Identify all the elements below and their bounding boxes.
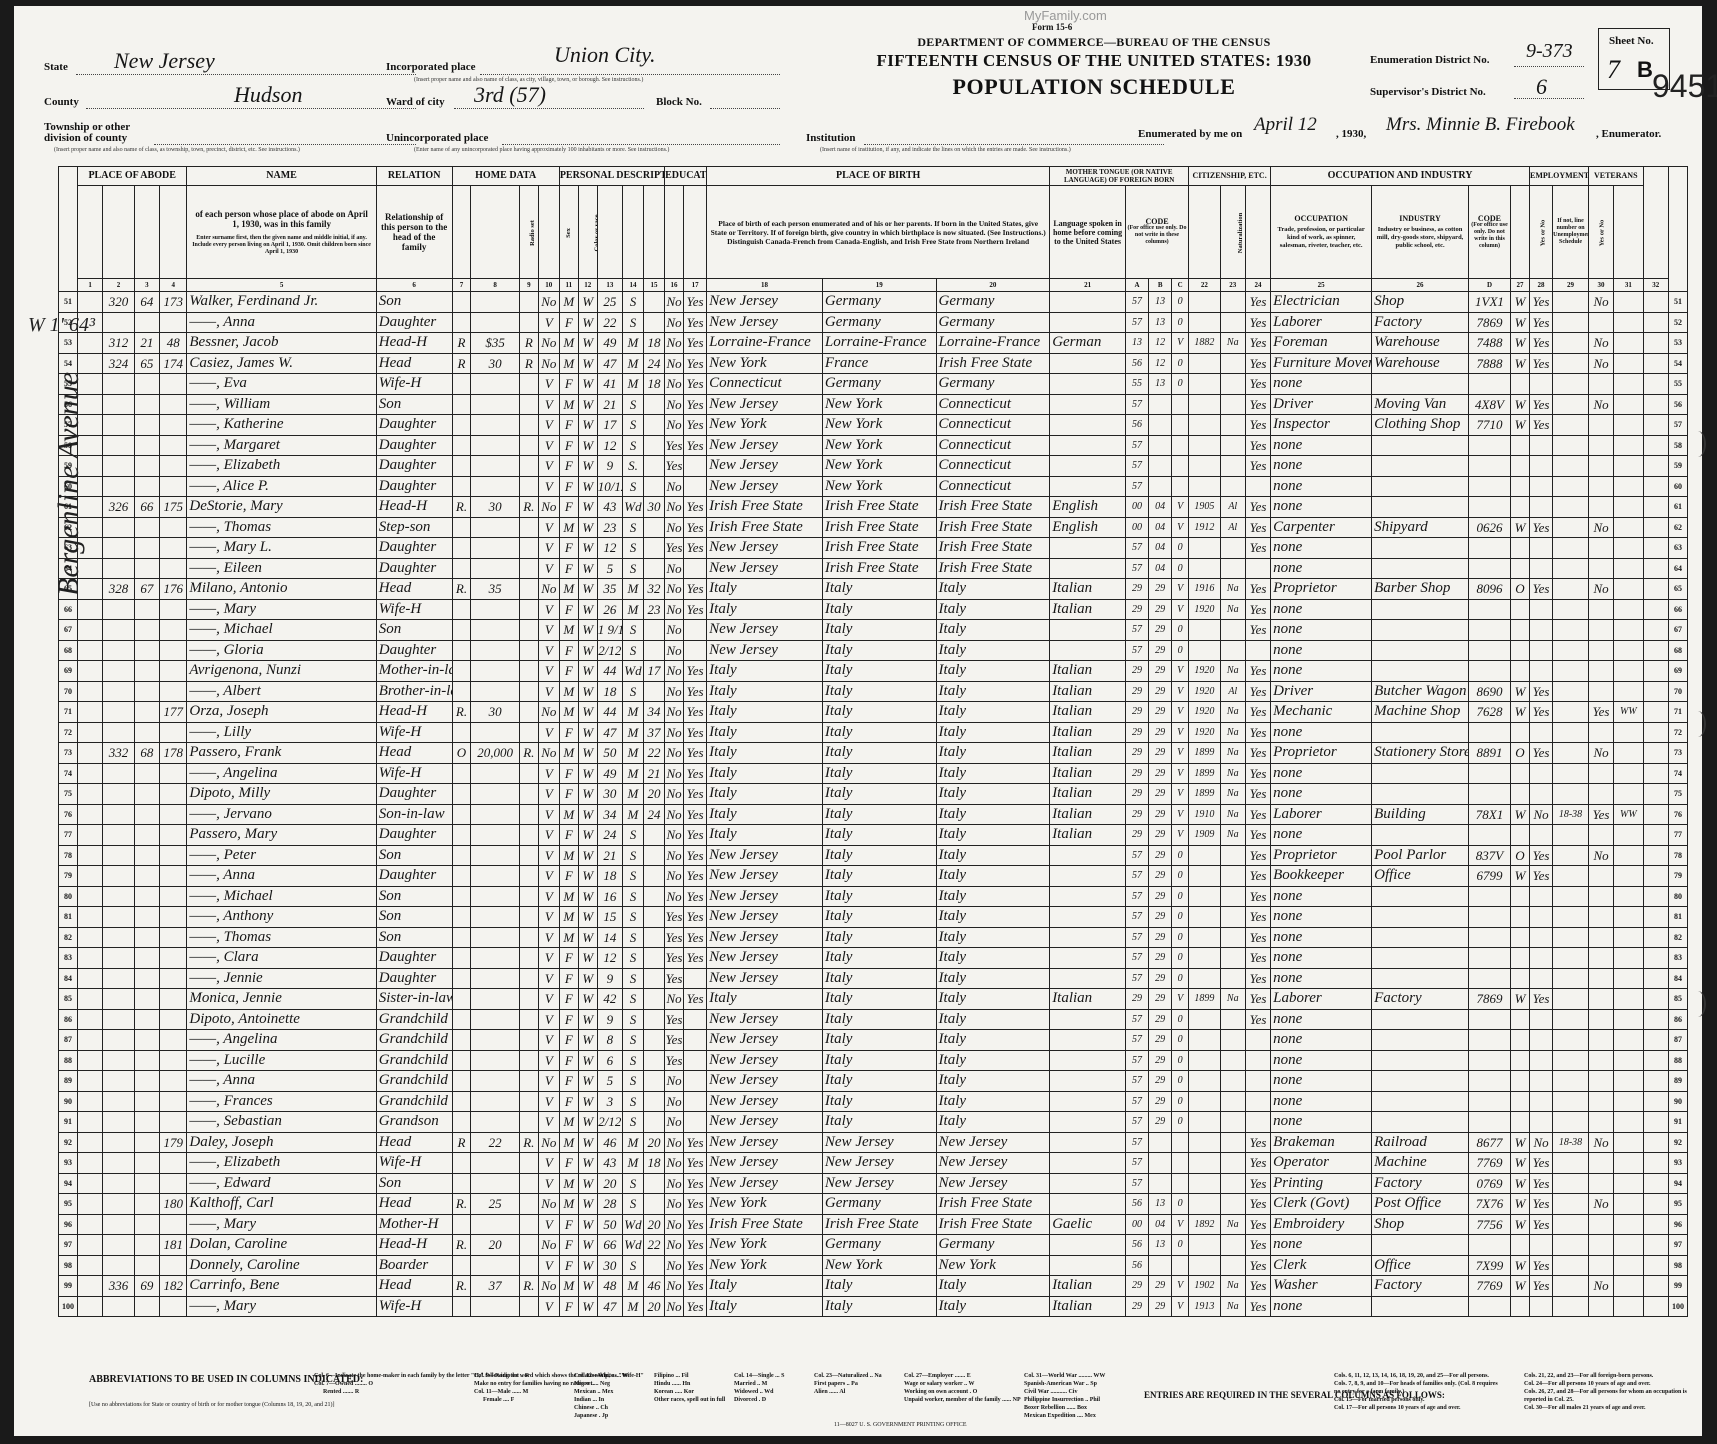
cell-unemp bbox=[1553, 640, 1589, 661]
cell-b: 13 bbox=[1149, 374, 1172, 395]
cell-radio bbox=[519, 312, 538, 333]
cell-relation: Wife-H bbox=[376, 763, 452, 784]
cell-birth: New Jersey bbox=[707, 907, 823, 928]
cell-marital: M bbox=[622, 784, 643, 805]
cell-war bbox=[1614, 1255, 1643, 1276]
cell-a: 29 bbox=[1125, 825, 1148, 846]
cell-farm: V bbox=[538, 415, 559, 436]
cell-street bbox=[77, 1214, 102, 1235]
cell-value bbox=[471, 886, 519, 907]
cell-immig bbox=[1189, 1132, 1221, 1153]
table-row: 98Donnely, CarolineBoarderVFW30SNoYesNew… bbox=[59, 1255, 1688, 1276]
cell-father: New Jersey bbox=[822, 1132, 936, 1153]
cell-radio bbox=[519, 804, 538, 825]
cell-farm-sched bbox=[1643, 599, 1668, 620]
cell-race: W bbox=[578, 845, 597, 866]
cell-sex: M bbox=[559, 743, 578, 764]
enumerated-label: Enumerated by me on bbox=[1138, 128, 1242, 140]
cell-marital: S bbox=[622, 681, 643, 702]
cell-read: Yes bbox=[684, 579, 707, 600]
cell-race: W bbox=[578, 538, 597, 559]
cell-sex: F bbox=[559, 497, 578, 518]
cell-code bbox=[1468, 1009, 1510, 1030]
cell-street bbox=[77, 374, 102, 395]
cell-street bbox=[77, 640, 102, 661]
cell-line: 86 bbox=[1668, 1009, 1687, 1030]
cell-unemp bbox=[1553, 415, 1589, 436]
cell-unemp bbox=[1553, 1194, 1589, 1215]
cell-nat bbox=[1220, 1030, 1245, 1051]
cell-house bbox=[103, 886, 135, 907]
cell-code bbox=[1468, 456, 1510, 477]
cell-value bbox=[471, 1091, 519, 1112]
cell-relation: Wife-H bbox=[376, 722, 452, 743]
cell-dwelling bbox=[134, 1173, 159, 1194]
cell-radio bbox=[519, 620, 538, 641]
cell-read: Yes bbox=[684, 415, 707, 436]
cell-street bbox=[77, 722, 102, 743]
cell-radio bbox=[519, 1112, 538, 1133]
cell-relation: Wife-H bbox=[376, 599, 452, 620]
cell-b: 29 bbox=[1149, 784, 1172, 805]
cell-code: 1VX1 bbox=[1468, 292, 1510, 313]
cell-immig: 1899 bbox=[1189, 989, 1221, 1010]
cell-relation: Son bbox=[376, 927, 452, 948]
cell-line: 72 bbox=[59, 722, 78, 743]
cell-house: 332 bbox=[103, 743, 135, 764]
cell-sex: F bbox=[559, 312, 578, 333]
cell-farm-sched bbox=[1643, 1173, 1668, 1194]
cell-relation: Daughter bbox=[376, 640, 452, 661]
cell-race: W bbox=[578, 968, 597, 989]
cell-relation: Head-H bbox=[376, 497, 452, 518]
cell-school: No bbox=[665, 1255, 684, 1276]
cell-farm-sched bbox=[1643, 394, 1668, 415]
cell-immig bbox=[1189, 1091, 1221, 1112]
group-citizenship: CITIZENSHIP, ETC. bbox=[1189, 167, 1271, 186]
col-veteran-war: What war or expedition bbox=[1614, 186, 1643, 279]
column-number: 12 bbox=[578, 279, 597, 292]
cell-mother: Italy bbox=[936, 1091, 1050, 1112]
cell-father: Italy bbox=[822, 661, 936, 682]
cell-unemp: 18-38 bbox=[1553, 804, 1589, 825]
cell-owned: R bbox=[452, 353, 471, 374]
cell-code: 0626 bbox=[1468, 517, 1510, 538]
cell-emp bbox=[1529, 886, 1552, 907]
cell-immig bbox=[1189, 640, 1221, 661]
cell-mother: Germany bbox=[936, 374, 1050, 395]
cell-immig: 1916 bbox=[1189, 579, 1221, 600]
cell-nat: Na bbox=[1220, 702, 1245, 723]
institution-note: (Insert name of institution, if any, and… bbox=[820, 147, 1071, 153]
cell-industry bbox=[1372, 784, 1469, 805]
cell-owned: R bbox=[452, 1132, 471, 1153]
col-naturalization: Naturalization bbox=[1220, 186, 1245, 279]
cell-class: W bbox=[1511, 353, 1530, 374]
cell-age: 20 bbox=[597, 1173, 622, 1194]
cell-value bbox=[471, 681, 519, 702]
cell-radio bbox=[519, 435, 538, 456]
cell-tongue bbox=[1050, 1050, 1126, 1071]
cell-vet bbox=[1588, 1214, 1613, 1235]
cell-emp: Yes bbox=[1529, 866, 1552, 887]
cell-a: 56 bbox=[1125, 353, 1148, 374]
cell-unemp bbox=[1553, 538, 1589, 559]
cell-school: No bbox=[665, 1276, 684, 1297]
cell-line: 68 bbox=[59, 640, 78, 661]
cell-a: 57 bbox=[1125, 1132, 1148, 1153]
table-row: 89——, AnnaGrandchildVFW5SNoNew JerseyIta… bbox=[59, 1071, 1688, 1092]
cell-class bbox=[1511, 948, 1530, 969]
abbr-col31: Col. 31—World War ......... WW Spanish-A… bbox=[1024, 1372, 1105, 1420]
cell-war bbox=[1614, 558, 1643, 579]
cell-class: W bbox=[1511, 1132, 1530, 1153]
cell-name: Passero, Frank bbox=[187, 743, 376, 764]
cell-read: Yes bbox=[684, 866, 707, 887]
cell-sex: M bbox=[559, 517, 578, 538]
ward-value: 3rd (57) bbox=[474, 82, 546, 108]
cell-unemp bbox=[1553, 1276, 1589, 1297]
ed-label: Enumeration District No. bbox=[1370, 54, 1489, 66]
column-number: 14 bbox=[622, 279, 643, 292]
cell-unemp bbox=[1553, 435, 1589, 456]
cell-eng: Yes bbox=[1245, 804, 1270, 825]
cell-b: 13 bbox=[1149, 312, 1172, 333]
cell-b: 29 bbox=[1149, 1050, 1172, 1071]
cell-sex: F bbox=[559, 415, 578, 436]
column-number: 19 bbox=[822, 279, 936, 292]
cell-mother: Connecticut bbox=[936, 415, 1050, 436]
cell-c: V bbox=[1172, 722, 1189, 743]
cell-sex: F bbox=[559, 1235, 578, 1256]
cell-c: V bbox=[1172, 517, 1189, 538]
cell-immig bbox=[1189, 1009, 1221, 1030]
cell-emp: Yes bbox=[1529, 1173, 1552, 1194]
cell-nat: Na bbox=[1220, 661, 1245, 682]
cell-immig bbox=[1189, 1030, 1221, 1051]
cell-occupation: Clerk bbox=[1271, 1255, 1372, 1276]
cell-dwelling bbox=[134, 476, 159, 497]
cell-industry bbox=[1372, 968, 1469, 989]
cell-street bbox=[77, 743, 102, 764]
abbr-col12b: Filipino ... Fil Hindu ...... Hn Korean … bbox=[654, 1372, 725, 1404]
cell-street bbox=[77, 989, 102, 1010]
cell-age-marriage: 30 bbox=[643, 497, 664, 518]
cell-line: 56 bbox=[59, 394, 78, 415]
cell-owned bbox=[452, 866, 471, 887]
cell-relation: Son bbox=[376, 1173, 452, 1194]
cell-house bbox=[103, 1050, 135, 1071]
cell-code: 7628 bbox=[1468, 702, 1510, 723]
cell-house bbox=[103, 1255, 135, 1276]
cell-age-marriage bbox=[643, 558, 664, 579]
cell-mother: New York bbox=[936, 1255, 1050, 1276]
cell-mother: Italy bbox=[936, 907, 1050, 928]
cell-school: No bbox=[665, 517, 684, 538]
cell-tongue: Italian bbox=[1050, 661, 1126, 682]
cell-eng: Yes bbox=[1245, 394, 1270, 415]
cell-house bbox=[103, 558, 135, 579]
table-row: 7333268178Passero, FrankHeadO20,000R.NoM… bbox=[59, 743, 1688, 764]
cell-b: 29 bbox=[1149, 1296, 1172, 1317]
cell-tongue bbox=[1050, 886, 1126, 907]
cell-line: 98 bbox=[1668, 1255, 1687, 1276]
cell-house bbox=[103, 948, 135, 969]
cell-line: 81 bbox=[1668, 907, 1687, 928]
cell-value bbox=[471, 620, 519, 641]
cell-relation: Step-son bbox=[376, 517, 452, 538]
cell-owned bbox=[452, 435, 471, 456]
cell-line: 88 bbox=[59, 1050, 78, 1071]
cell-age: 23 bbox=[597, 517, 622, 538]
cell-tongue bbox=[1050, 845, 1126, 866]
cell-farm: V bbox=[538, 681, 559, 702]
cell-tongue bbox=[1050, 866, 1126, 887]
cell-sex: M bbox=[559, 845, 578, 866]
cell-farm: V bbox=[538, 825, 559, 846]
cell-nat: Al bbox=[1220, 497, 1245, 518]
cell-street bbox=[77, 1276, 102, 1297]
cell-immig bbox=[1189, 1153, 1221, 1174]
cell-occupation: none bbox=[1271, 1112, 1372, 1133]
cell-industry: Post Office bbox=[1372, 1194, 1469, 1215]
cell-street bbox=[77, 886, 102, 907]
cell-industry: Office bbox=[1372, 1255, 1469, 1276]
cell-read bbox=[684, 640, 707, 661]
cell-race: W bbox=[578, 1071, 597, 1092]
cell-nat: Al bbox=[1220, 681, 1245, 702]
cell-age: 50 bbox=[597, 743, 622, 764]
cell-read: Yes bbox=[684, 1194, 707, 1215]
cell-c bbox=[1172, 456, 1189, 477]
cell-occupation: Carpenter bbox=[1271, 517, 1372, 538]
table-row: 9933669182Carrinfo, BeneHeadR.37R.NoMW48… bbox=[59, 1276, 1688, 1297]
institution-line bbox=[864, 144, 1164, 145]
cell-unemp bbox=[1553, 1009, 1589, 1030]
cell-race: W bbox=[578, 1091, 597, 1112]
cell-line: 67 bbox=[1668, 620, 1687, 641]
cell-unemp bbox=[1553, 456, 1589, 477]
cell-radio bbox=[519, 476, 538, 497]
cell-birth: New Jersey bbox=[707, 456, 823, 477]
cell-industry bbox=[1372, 620, 1469, 641]
cell-age: 25 bbox=[597, 292, 622, 313]
cell-line: 57 bbox=[59, 415, 78, 436]
cell-birth: New Jersey bbox=[707, 1009, 823, 1030]
cell-sex: F bbox=[559, 435, 578, 456]
cell-age-marriage bbox=[643, 1091, 664, 1112]
cell-eng: Yes bbox=[1245, 620, 1270, 641]
cell-age: 47 bbox=[597, 722, 622, 743]
cell-house: 328 bbox=[103, 579, 135, 600]
cell-mother: Irish Free State bbox=[936, 538, 1050, 559]
cell-sex: M bbox=[559, 804, 578, 825]
cell-father: Italy bbox=[822, 722, 936, 743]
col-veteran-yes: Yes or No bbox=[1588, 186, 1613, 279]
cell-immig: 1920 bbox=[1189, 702, 1221, 723]
cell-dwelling bbox=[134, 1071, 159, 1092]
cell-race: W bbox=[578, 661, 597, 682]
cell-farm: V bbox=[538, 804, 559, 825]
cell-relation: Grandchild bbox=[376, 1030, 452, 1051]
cell-radio bbox=[519, 292, 538, 313]
cell-unemp bbox=[1553, 579, 1589, 600]
cell-immig: 1882 bbox=[1189, 333, 1221, 354]
punch-hole bbox=[1690, 991, 1706, 1017]
block-label: Block No. bbox=[656, 96, 702, 108]
cell-vet: No bbox=[1588, 1276, 1613, 1297]
cell-farm: No bbox=[538, 333, 559, 354]
cell-marital: S bbox=[622, 558, 643, 579]
cell-emp bbox=[1529, 907, 1552, 928]
cell-eng: Yes bbox=[1245, 968, 1270, 989]
cell-age-marriage bbox=[643, 538, 664, 559]
cell-eng: Yes bbox=[1245, 763, 1270, 784]
cell-eng: Yes bbox=[1245, 907, 1270, 928]
cell-farm-sched bbox=[1643, 558, 1668, 579]
cell-industry: Factory bbox=[1372, 1173, 1469, 1194]
cell-industry: Machine Shop bbox=[1372, 702, 1469, 723]
cell-code bbox=[1468, 620, 1510, 641]
cell-street bbox=[77, 394, 102, 415]
cell-tongue: Italian bbox=[1050, 1296, 1126, 1317]
cell-nat bbox=[1220, 1050, 1245, 1071]
cell-age-marriage bbox=[643, 292, 664, 313]
cell-radio: R. bbox=[519, 743, 538, 764]
cell-dwelling bbox=[134, 1030, 159, 1051]
cell-line: 52 bbox=[1668, 312, 1687, 333]
cell-emp bbox=[1529, 435, 1552, 456]
cell-unemp bbox=[1553, 1296, 1589, 1317]
cell-occupation: Laborer bbox=[1271, 804, 1372, 825]
table-row: 68——, GloriaDaughterVFW2/12SNoNew Jersey… bbox=[59, 640, 1688, 661]
cell-farm: V bbox=[538, 866, 559, 887]
cell-code bbox=[1468, 907, 1510, 928]
cell-read bbox=[684, 1091, 707, 1112]
cell-farm-sched bbox=[1643, 1071, 1668, 1092]
cell-industry: Railroad bbox=[1372, 1132, 1469, 1153]
cell-age: 6 bbox=[597, 1050, 622, 1071]
cell-emp: Yes bbox=[1529, 312, 1552, 333]
cell-school: Yes bbox=[665, 1009, 684, 1030]
cell-dwelling: 66 bbox=[134, 497, 159, 518]
cell-emp bbox=[1529, 1050, 1552, 1071]
cell-street bbox=[77, 497, 102, 518]
cell-mother: Connecticut bbox=[936, 435, 1050, 456]
cell-age-marriage bbox=[643, 312, 664, 333]
cell-vet bbox=[1588, 722, 1613, 743]
cell-name: ——, Frances bbox=[187, 1091, 376, 1112]
cell-school: No bbox=[665, 681, 684, 702]
cell-father: Italy bbox=[822, 784, 936, 805]
cell-line: 88 bbox=[1668, 1050, 1687, 1071]
cell-owned bbox=[452, 784, 471, 805]
cell-marital: S bbox=[622, 948, 643, 969]
cell-school: No bbox=[665, 1214, 684, 1235]
cell-farm-sched bbox=[1643, 845, 1668, 866]
cell-school: No bbox=[665, 886, 684, 907]
cell-farm-sched bbox=[1643, 1194, 1668, 1215]
col-name-desc: of each person whose place of abode on A… bbox=[187, 186, 376, 279]
cell-name: Daley, Joseph bbox=[187, 1132, 376, 1153]
cell-name: Dolan, Caroline bbox=[187, 1235, 376, 1256]
cell-a: 29 bbox=[1125, 784, 1148, 805]
cell-name: ——, Mary bbox=[187, 1214, 376, 1235]
cell-street bbox=[77, 1194, 102, 1215]
cell-b: 29 bbox=[1149, 989, 1172, 1010]
cell-b bbox=[1149, 1173, 1172, 1194]
cell-eng bbox=[1245, 1112, 1270, 1133]
column-number: 7 bbox=[452, 279, 471, 292]
cell-value bbox=[471, 1009, 519, 1030]
cell-marital: M bbox=[622, 1153, 643, 1174]
cell-a: 56 bbox=[1125, 1235, 1148, 1256]
cell-age-marriage bbox=[643, 1194, 664, 1215]
cell-farm: V bbox=[538, 968, 559, 989]
cell-line: 98 bbox=[59, 1255, 78, 1276]
cell-b: 29 bbox=[1149, 1112, 1172, 1133]
cell-radio: R. bbox=[519, 497, 538, 518]
cell-mother: New Jersey bbox=[936, 1132, 1050, 1153]
cell-nat bbox=[1220, 312, 1245, 333]
cell-war bbox=[1614, 763, 1643, 784]
cell-b: 29 bbox=[1149, 599, 1172, 620]
cell-b: 04 bbox=[1149, 558, 1172, 579]
cell-family bbox=[160, 1071, 187, 1092]
cell-war bbox=[1614, 394, 1643, 415]
cell-name: ——, Elizabeth bbox=[187, 1153, 376, 1174]
cell-occupation: none bbox=[1271, 538, 1372, 559]
cell-race: W bbox=[578, 353, 597, 374]
cell-race: W bbox=[578, 1194, 597, 1215]
cell-line: 93 bbox=[1668, 1153, 1687, 1174]
cell-tongue: German bbox=[1050, 333, 1126, 354]
cell-race: W bbox=[578, 517, 597, 538]
cell-mother: Italy bbox=[936, 804, 1050, 825]
cell-name: ——, Angelina bbox=[187, 763, 376, 784]
cell-marital: M bbox=[622, 374, 643, 395]
cell-family bbox=[160, 1214, 187, 1235]
cell-war bbox=[1614, 1173, 1643, 1194]
cell-war bbox=[1614, 1009, 1643, 1030]
cell-sex: F bbox=[559, 456, 578, 477]
cell-house bbox=[103, 1071, 135, 1092]
cell-marital: S bbox=[622, 886, 643, 907]
cell-marital: S bbox=[622, 415, 643, 436]
cell-eng: Yes bbox=[1245, 681, 1270, 702]
column-number: C bbox=[1172, 279, 1189, 292]
table-row: 88——, LucilleGrandchildVFW6SYesNew Jerse… bbox=[59, 1050, 1688, 1071]
cell-line: 96 bbox=[59, 1214, 78, 1235]
cell-class bbox=[1511, 1050, 1530, 1071]
cell-relation: Son bbox=[376, 394, 452, 415]
cell-race: W bbox=[578, 435, 597, 456]
table-row: 83——, ClaraDaughterVFW12SYesYesNew Jerse… bbox=[59, 948, 1688, 969]
cell-school: No bbox=[665, 1173, 684, 1194]
cell-birth: Italy bbox=[707, 1296, 823, 1317]
cell-nat bbox=[1220, 927, 1245, 948]
cell-sex: M bbox=[559, 681, 578, 702]
cell-c bbox=[1172, 1173, 1189, 1194]
cell-sex: M bbox=[559, 1112, 578, 1133]
cell-age: 12 bbox=[597, 948, 622, 969]
cell-name: ——, Eileen bbox=[187, 558, 376, 579]
cell-family bbox=[160, 784, 187, 805]
cell-birth: New York bbox=[707, 415, 823, 436]
cell-eng: Yes bbox=[1245, 1296, 1270, 1317]
cell-radio bbox=[519, 415, 538, 436]
cell-tongue bbox=[1050, 394, 1126, 415]
